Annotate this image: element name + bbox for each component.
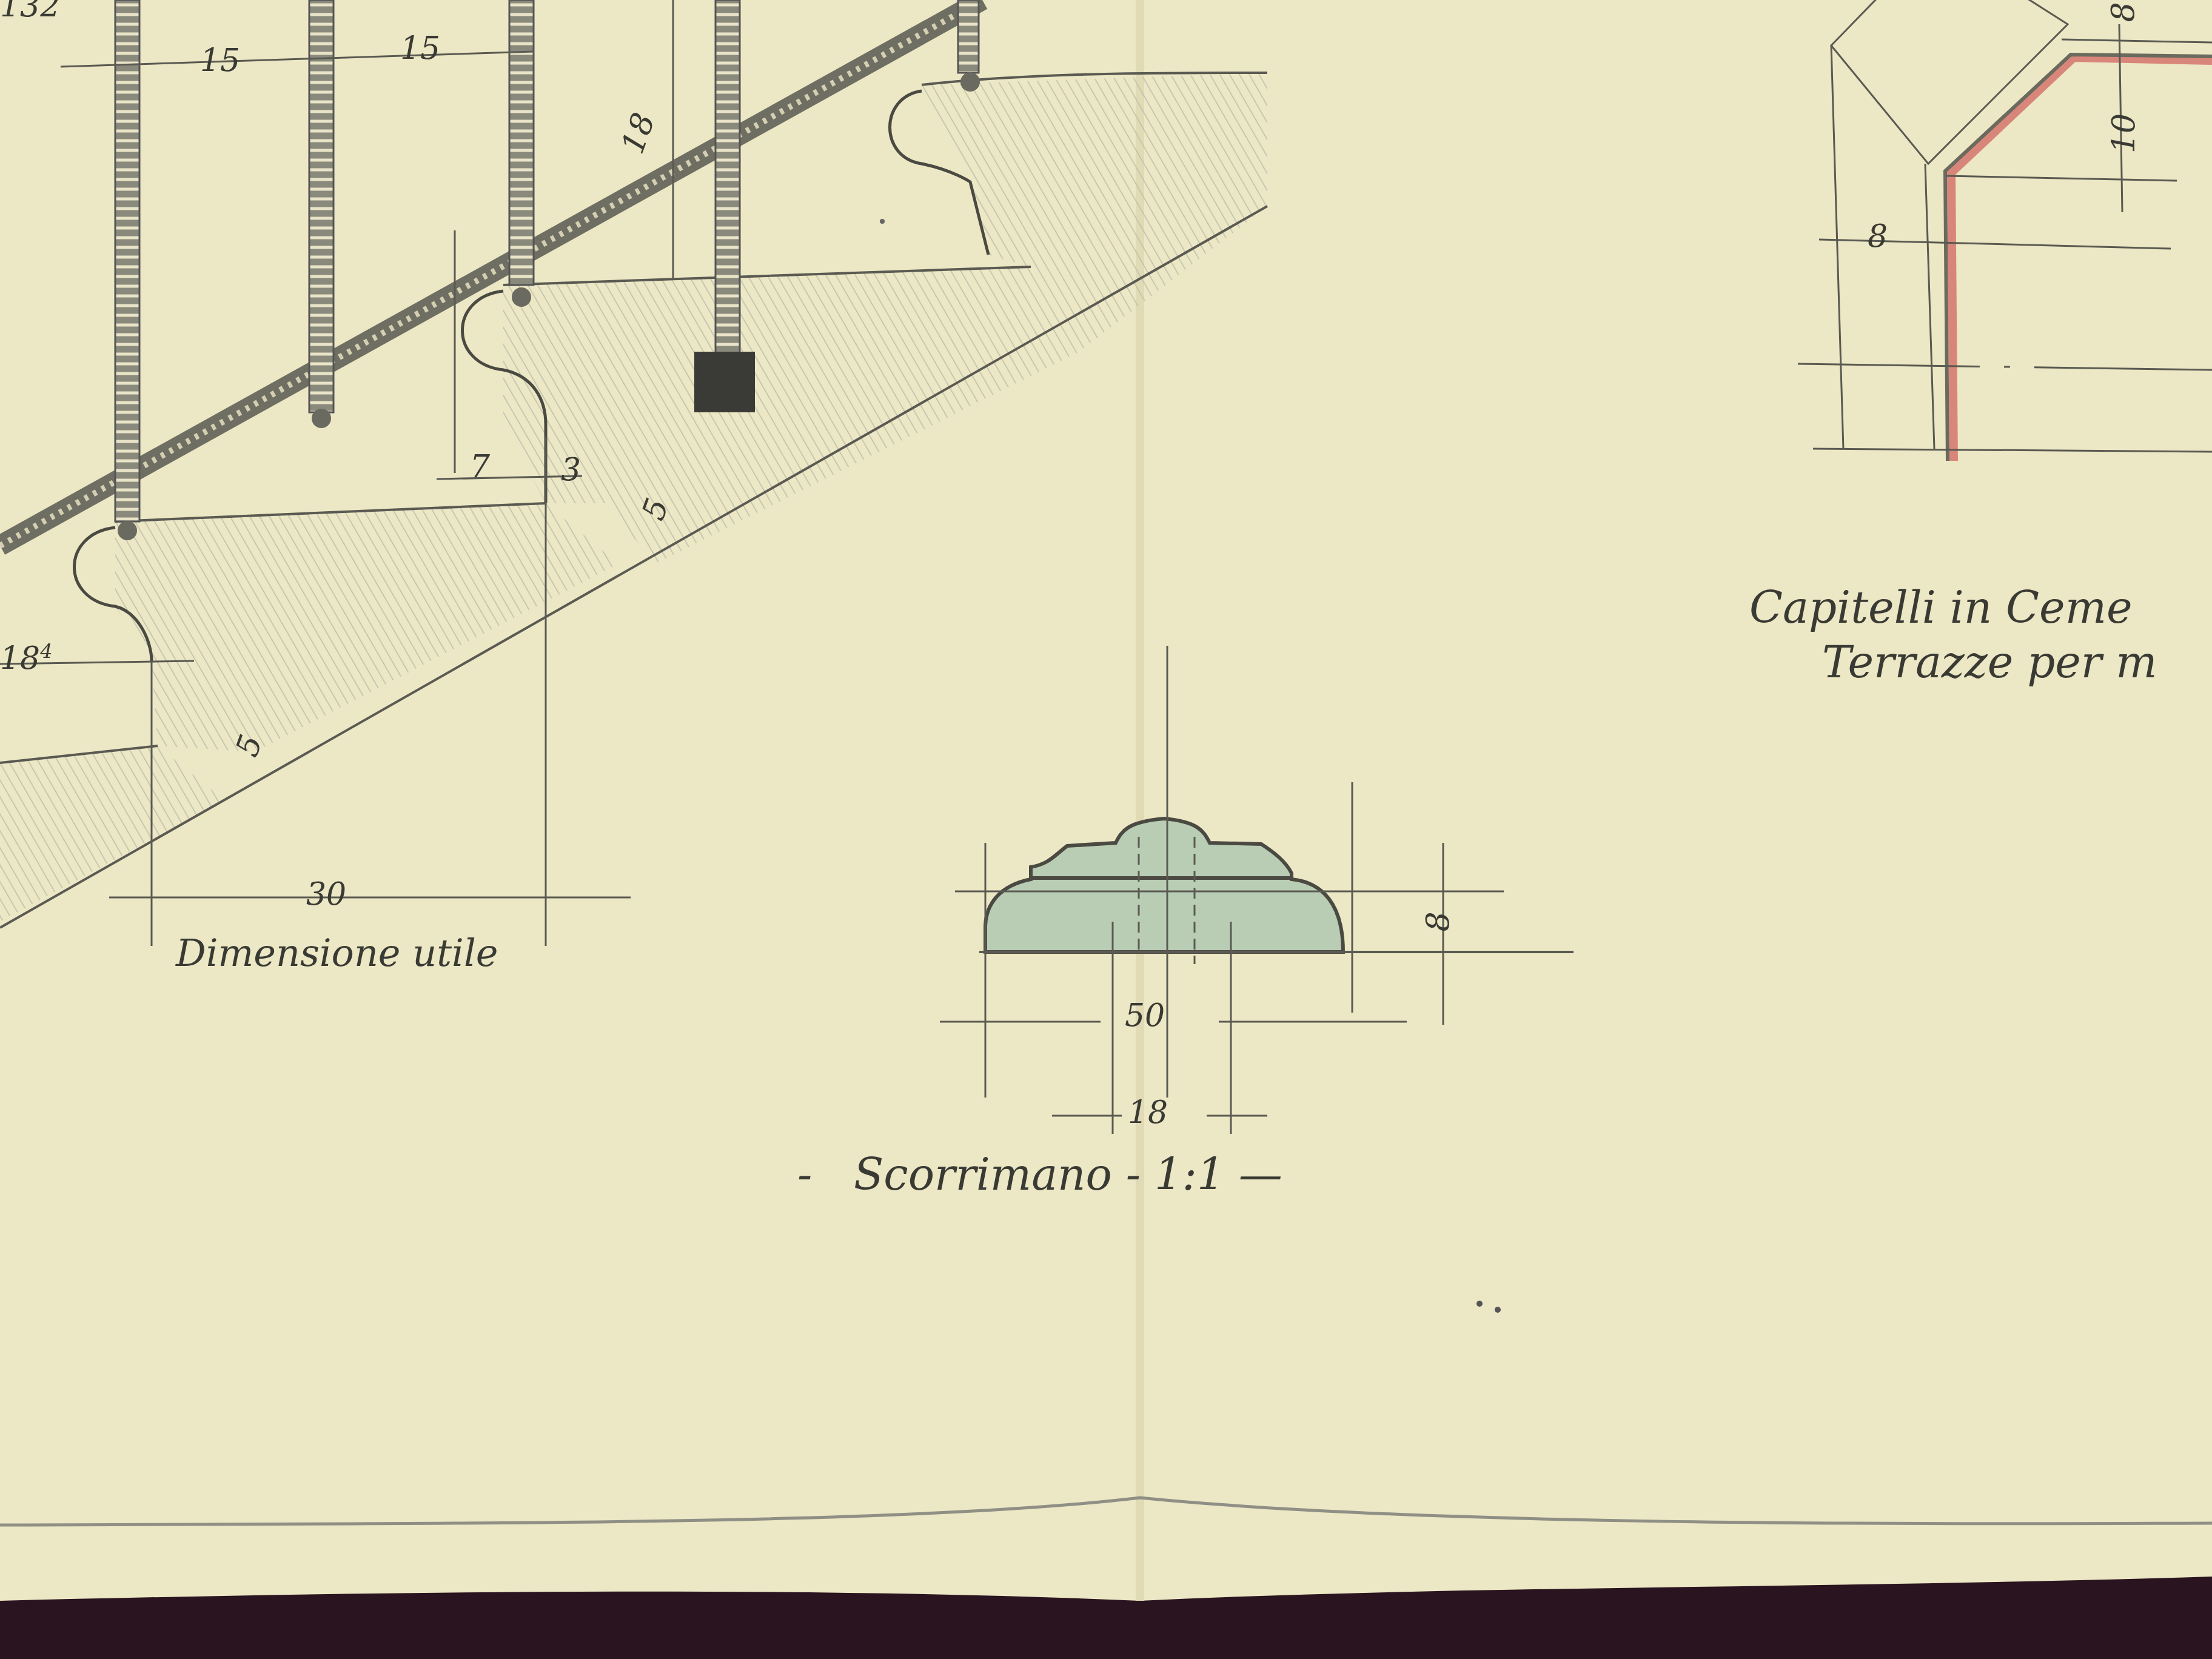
profile-width-dim: 50 — [1125, 997, 1165, 1034]
capital-dim-left: 8 — [1868, 218, 1888, 255]
partial-dimension-label: 132 — [0, 0, 60, 24]
baluster — [958, 0, 979, 73]
baluster-spacing-label: 15 — [200, 42, 240, 79]
nosing-dim-right: 3 — [561, 452, 581, 488]
profile-inner-width-dim: 18 — [1128, 1094, 1168, 1131]
baluster-base — [694, 352, 755, 412]
baluster — [309, 0, 333, 412]
stair-caption: Dimensione utile — [176, 931, 498, 975]
capital-caption-line2: Terrazze per m — [1822, 637, 2157, 688]
capital-caption-line1: Capitelli in Ceme — [1749, 582, 2133, 633]
profile-caption: - Scorrimano - 1:1 — — [797, 1149, 1282, 1200]
baluster — [716, 0, 740, 400]
tread-width-dim: 30 — [306, 876, 346, 913]
nosing-dim-left: 7 — [470, 449, 490, 485]
baluster-spacing-label: 15 — [400, 30, 440, 67]
baluster — [115, 0, 139, 521]
profile-height-dim: 8 — [1420, 911, 1456, 931]
capital-dim-middle: 10 — [2106, 113, 2142, 153]
baluster — [509, 0, 534, 285]
capital-dim-top: 8 — [2105, 2, 2142, 22]
lower-left-dim: 184 — [0, 640, 53, 677]
